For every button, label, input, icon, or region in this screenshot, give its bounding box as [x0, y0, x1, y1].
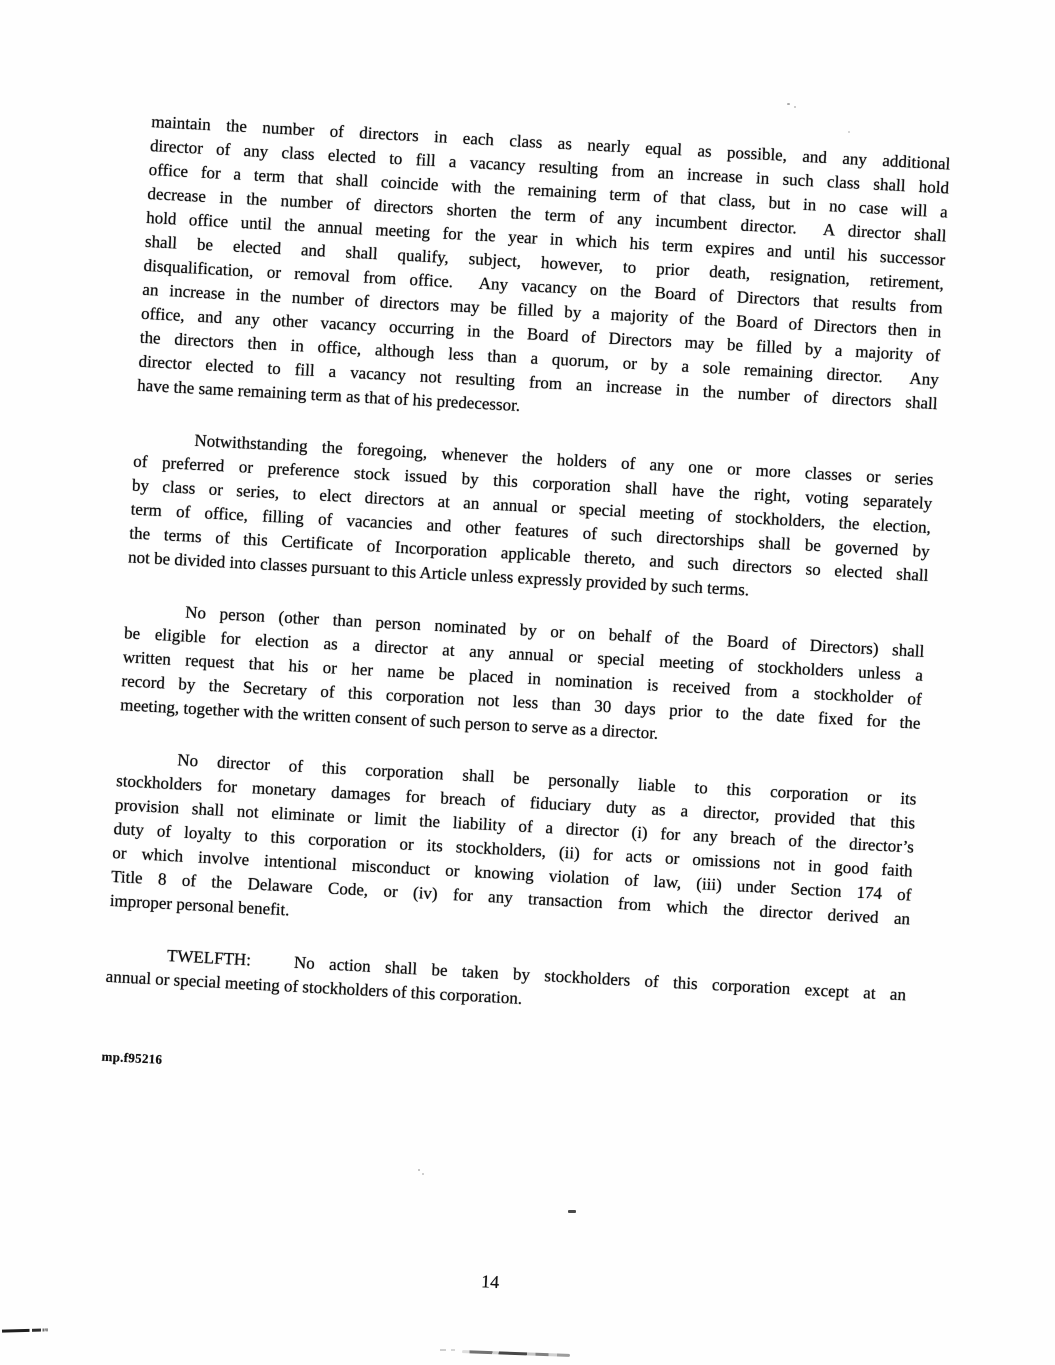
scan-artifact-smudge-dots: [440, 1349, 460, 1351]
paragraph: No person (other than person nominated b…: [120, 597, 925, 759]
scan-artifact-left-dash: [2, 1328, 48, 1332]
scan-speck-icon: [794, 106, 796, 108]
paragraph: Notwithstanding the foregoing, whenever …: [128, 426, 935, 612]
scan-speck-icon: [418, 1169, 420, 1171]
document-content: maintain the number of directors in each…: [90, 110, 951, 1314]
scan-artifact-bottom-smudge: [462, 1350, 570, 1357]
paragraph: maintain the number of directors in each…: [137, 110, 951, 440]
footer-reference: mp.f95216: [101, 1049, 901, 1108]
paragraph: TWELFTH: No action shall be taken by sto…: [105, 941, 906, 1031]
document-paragraphs: maintain the number of directors in each…: [105, 110, 951, 1031]
scan-speck-icon: [422, 1173, 424, 1175]
page-number: 14: [90, 1250, 890, 1314]
document-page: maintain the number of directors in each…: [0, 0, 1055, 1365]
paragraph: No director of this corporation shall be…: [109, 745, 917, 955]
scan-dash-icon: [568, 1210, 576, 1213]
scan-speck-icon: [848, 131, 850, 133]
scan-speck-icon: [787, 103, 790, 105]
